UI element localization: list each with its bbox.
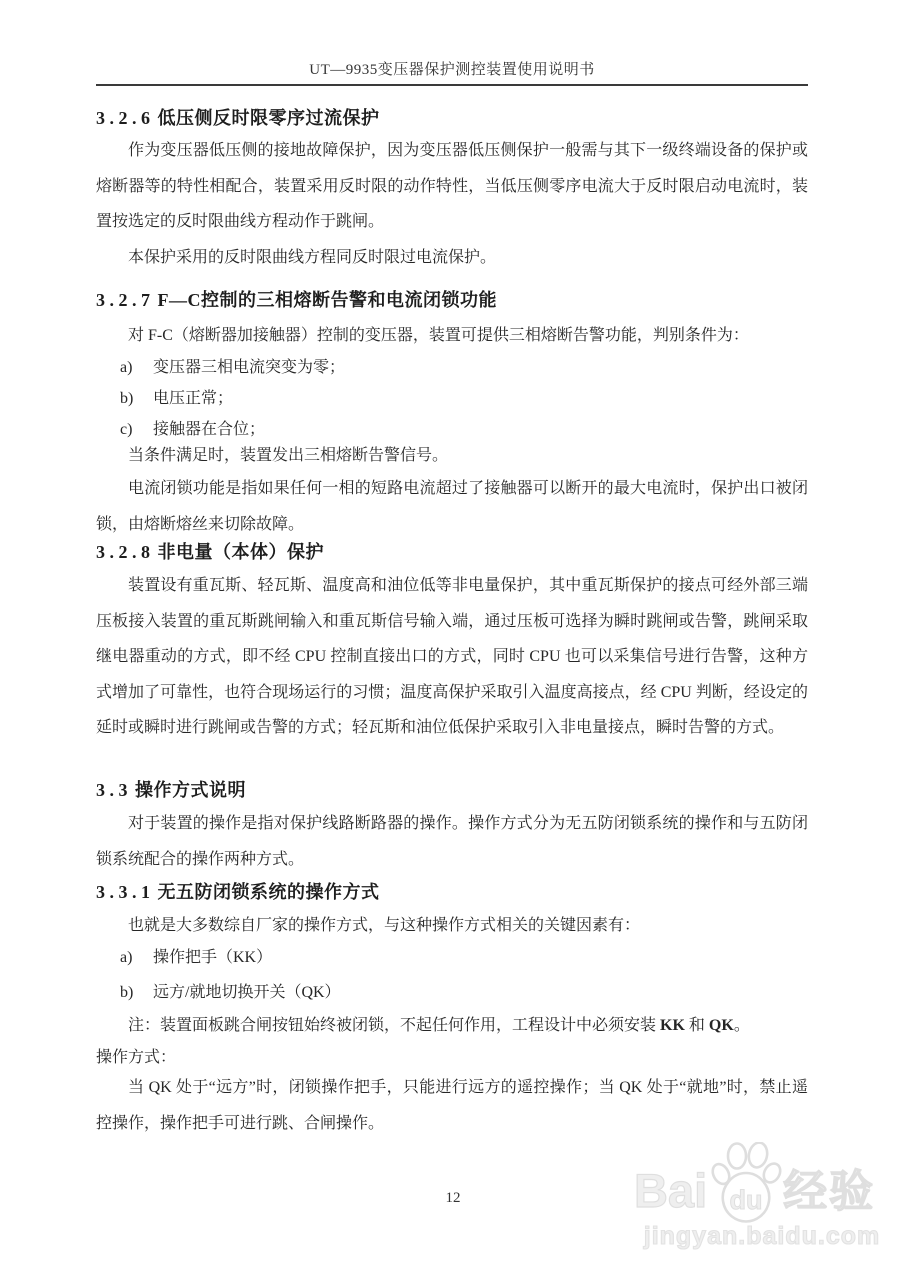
section-number: 3.2.6 [96,108,155,128]
section-number: 3.3.1 [96,882,155,902]
running-header-title: UT—9935变压器保护测控装置使用说明书 [96,58,808,79]
list-marker: b) [120,977,153,1009]
paragraph: 当条件满足时，装置发出三相熔断告警信号。 [96,438,808,474]
note-bold-kk: KK [660,1017,685,1034]
paragraph: 当 QK 处于“远方”时，闭锁操作把手，只能进行远方的遥控操作；当 QK 处于“… [96,1070,808,1141]
paragraph: 装置设有重瓦斯、轻瓦斯、温度高和油位低等非电量保护，其中重瓦斯保护的接点可经外部… [96,568,808,746]
header-divider [96,84,808,86]
list-item: a)操作把手（KK） [96,942,808,974]
note-text: 。 [734,1017,750,1034]
section-title: 无五防闭锁系统的操作方式 [158,882,380,902]
list-item-text: 远方/就地切换开关（QK） [153,984,341,1001]
section-number: 3.3 [96,780,132,800]
list-item-text: 电压正常； [153,390,233,407]
paragraph: 也就是大多数综自厂家的操作方式，与这种操作方式相关的关键因素有： [96,908,808,944]
paragraph: 电流闭锁功能是指如果任何一相的短路电流超过了接触器可以断开的最大电流时，保护出口… [96,471,808,542]
note-text: 和 [685,1017,709,1034]
section-title: 操作方式说明 [135,780,246,800]
section-heading-3-3-1: 3.3.1无五防闭锁系统的操作方式 [96,874,808,910]
page-number: 12 [0,1190,906,1207]
paragraph: 对 F-C（熔断器加接触器）控制的变压器，装置可提供三相熔断告警功能，判别条件为… [96,318,808,354]
list-item: a)变压器三相电流突变为零； [96,352,808,384]
baidu-paw-icon: du [708,1142,782,1224]
section-heading-3-2-7: 3.2.7F—C控制的三相熔断告警和电流闭锁功能 [96,282,808,318]
list-item: b)电压正常； [96,383,808,415]
section-number: 3.2.8 [96,542,155,562]
section-heading-3-3: 3.3操作方式说明 [96,772,808,808]
note-paragraph: 注：装置面板跳合闸按钮始终被闭锁，不起任何作用，工程设计中必须安装 KK 和 Q… [96,1008,808,1044]
list-marker: b) [120,383,153,415]
section-title: 非电量（本体）保护 [158,542,325,562]
list-item-text: 接触器在合位； [153,421,265,438]
section-heading-3-2-6: 3.2.6低压侧反时限零序过流保护 [96,100,808,136]
watermark-url: jingyan.baidu.com [634,1222,890,1251]
note-text: 注：装置面板跳合闸按钮始终被闭锁，不起任何作用，工程设计中必须安装 [128,1017,660,1034]
section-title: F—C控制的三相熔断告警和电流闭锁功能 [158,290,498,310]
list-marker: a) [120,942,153,974]
document-page: UT—9935变压器保护测控装置使用说明书 3.2.6低压侧反时限零序过流保护 … [0,0,906,1280]
watermark-logo-row: Bai du 经验 [634,1138,890,1220]
list-item-text: 变压器三相电流突变为零； [153,359,345,376]
section-title: 低压侧反时限零序过流保护 [158,108,380,128]
list-marker: a) [120,352,153,384]
note-bold-qk: QK [709,1017,734,1034]
paragraph: 本保护采用的反时限曲线方程同反时限过电流保护。 [96,240,808,276]
section-number: 3.2.7 [96,290,155,310]
paragraph: 作为变压器低压侧的接地故障保护，因为变压器低压侧保护一般需与其下一级终端设备的保… [96,133,808,240]
section-heading-3-2-8: 3.2.8非电量（本体）保护 [96,534,808,570]
list-item-text: 操作把手（KK） [153,949,272,966]
list-item: b)远方/就地切换开关（QK） [96,977,808,1009]
paragraph: 对于装置的操作是指对保护线路断路器的操作。操作方式分为无五防闭锁系统的操作和与五… [96,806,808,877]
